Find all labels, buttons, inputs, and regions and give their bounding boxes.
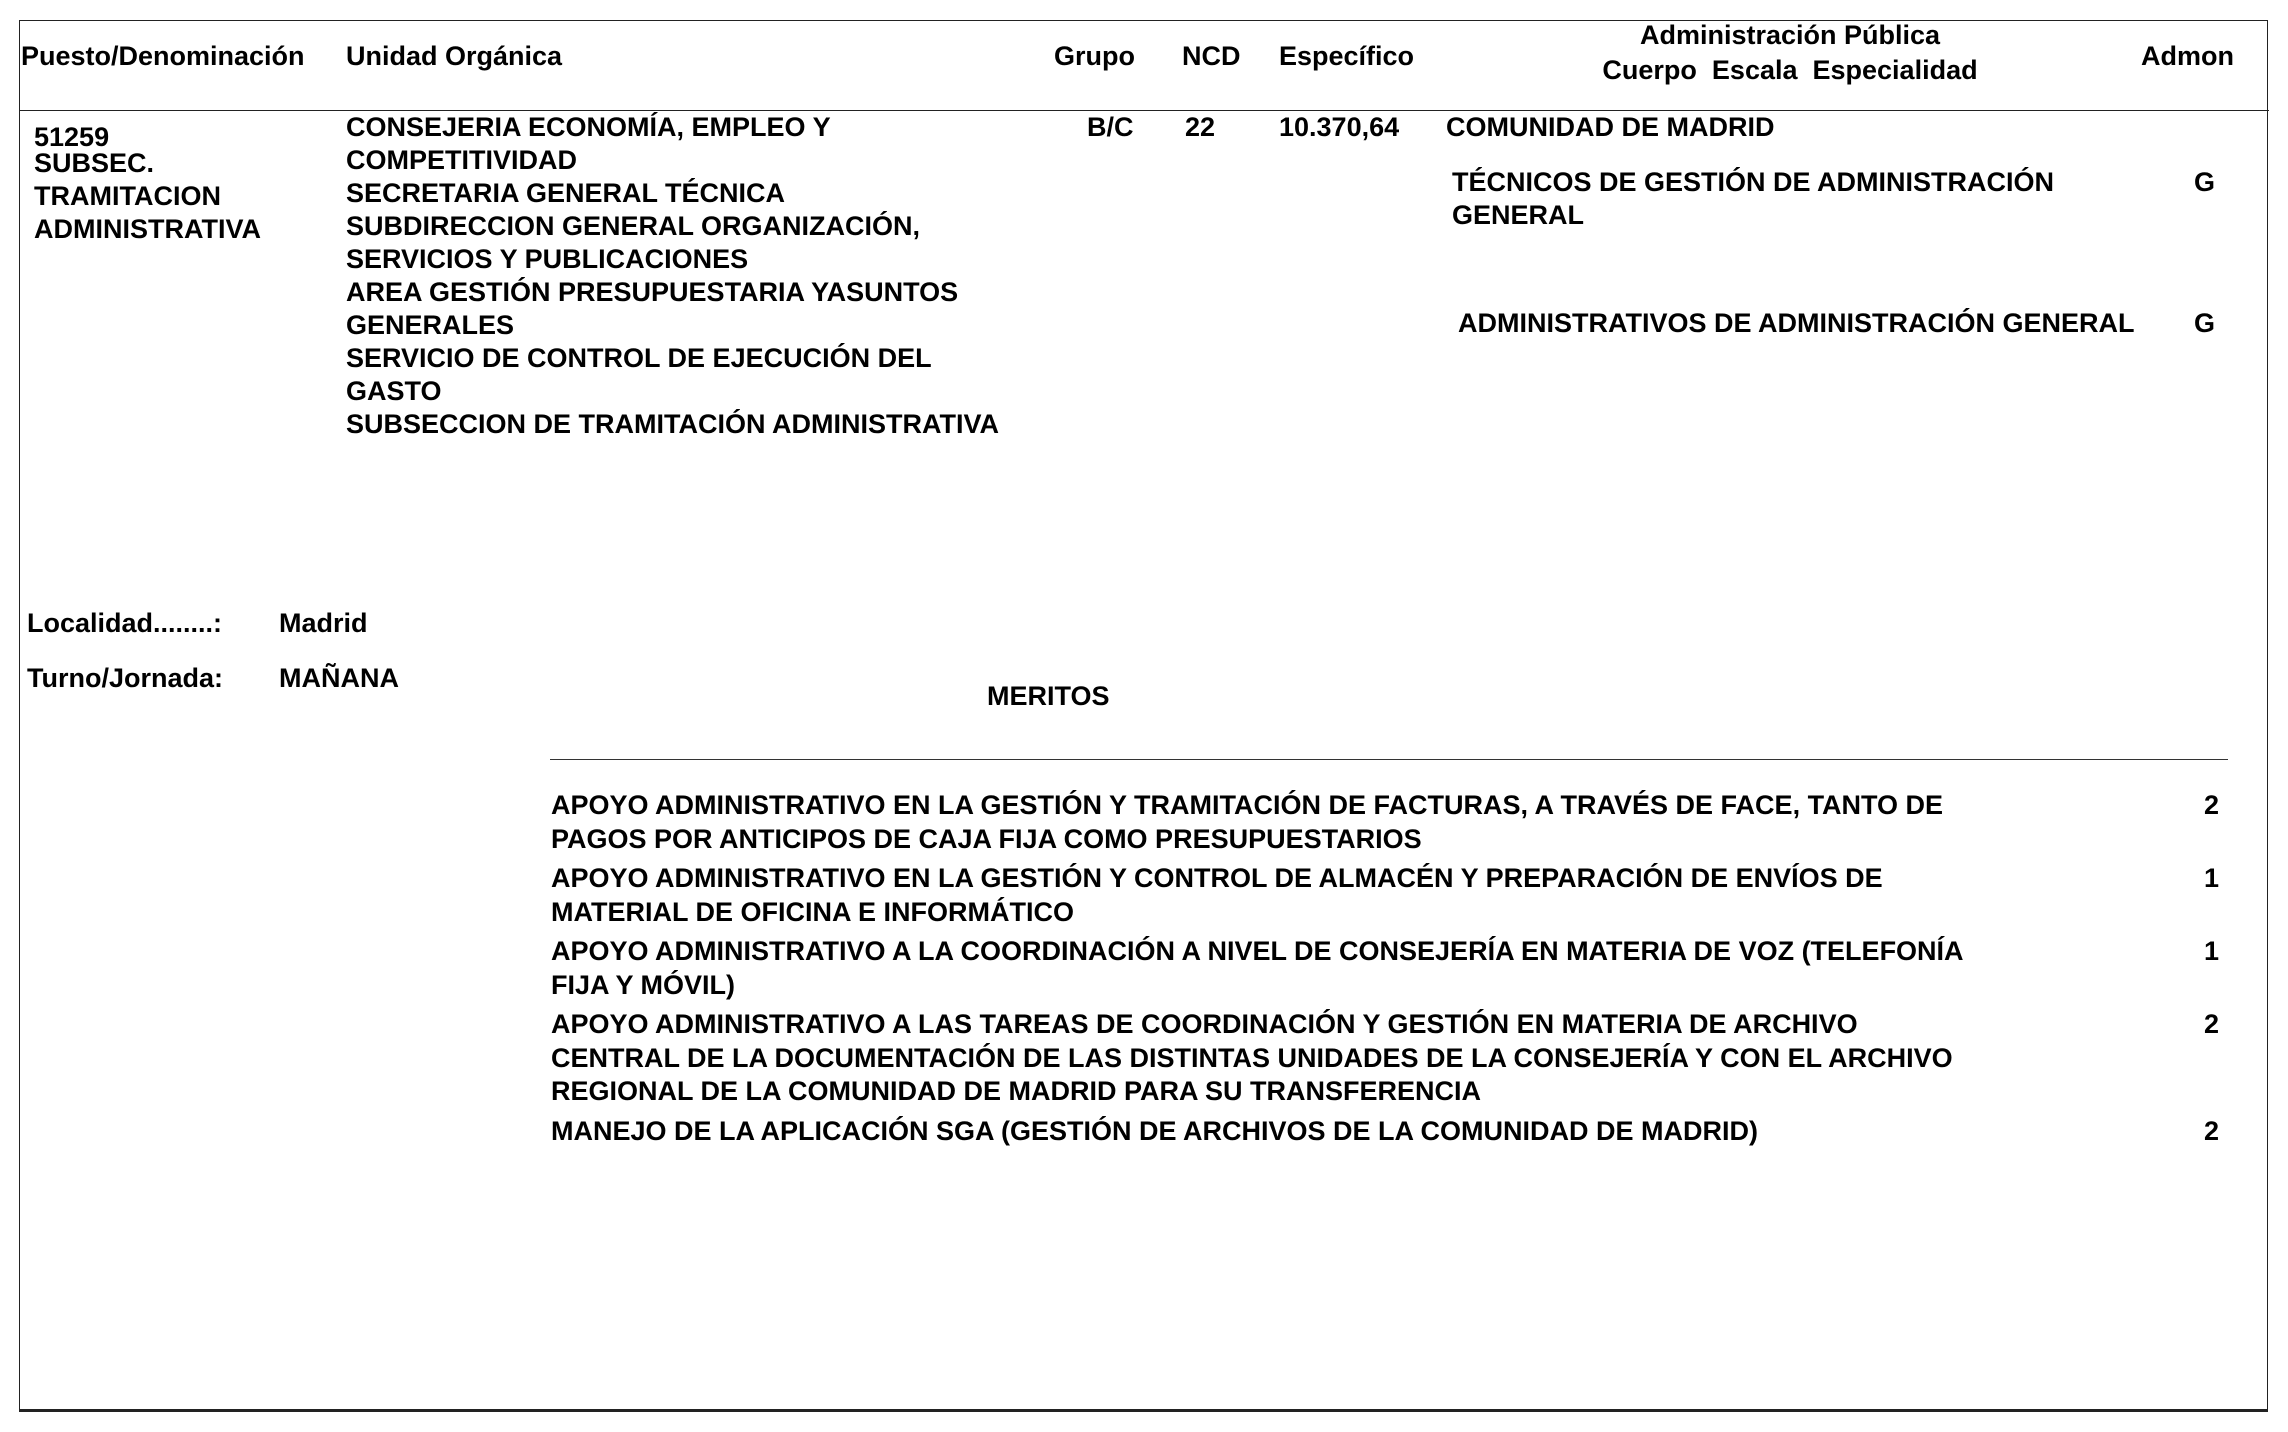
puesto-name: SUBSEC. TRAMITACION ADMINISTRATIVA — [34, 147, 261, 246]
cuerpo-item: TÉCNICOS DE GESTIÓN DE ADMINISTRACIÓN GE… — [1452, 166, 2054, 232]
merito-score: 1 — [2204, 935, 2219, 969]
merito-score: 2 — [2204, 1008, 2219, 1042]
turno-label: Turno/Jornada: — [27, 662, 223, 695]
unidad-line: AREA GESTIÓN PRESUPUESTARIA YASUNTOS — [346, 276, 999, 309]
especifico-value: 10.370,64 — [1279, 111, 1399, 144]
grupo-value: B/C — [1087, 111, 1134, 144]
unidad-line: SECRETARIA GENERAL TÉCNICA — [346, 177, 999, 210]
header-puesto: Puesto/Denominación — [21, 41, 305, 71]
localidad-value: Madrid — [279, 607, 368, 640]
cuerpo-admon: G — [2194, 166, 2215, 199]
header-unidad: Unidad Orgánica — [346, 41, 562, 71]
puesto-name-line: SUBSEC. — [34, 147, 261, 180]
merito-line: MANEJO DE LA APLICACIÓN SGA (GESTIÓN DE … — [551, 1115, 1758, 1149]
puesto-name-line: ADMINISTRATIVA — [34, 213, 261, 246]
merito-line: PAGOS POR ANTICIPOS DE CAJA FIJA COMO PR… — [551, 823, 1943, 857]
localidad-label: Localidad........: — [27, 607, 222, 640]
unidad-line: GASTO — [346, 375, 999, 408]
unidad-line: SERVICIOS Y PUBLICACIONES — [346, 243, 999, 276]
merito-line: REGIONAL DE LA COMUNIDAD DE MADRID PARA … — [551, 1075, 1953, 1109]
header-grupo: Grupo — [1054, 41, 1135, 71]
unidad-line: COMPETITIVIDAD — [346, 144, 999, 177]
header-administracion: Administración Pública — [1490, 20, 2090, 50]
cuerpo-item: ADMINISTRATIVOS DE ADMINISTRACIÓN GENERA… — [1458, 307, 2135, 340]
header-especifico: Específico — [1279, 41, 1414, 71]
merito-score: 2 — [2204, 789, 2219, 823]
merito-line: APOYO ADMINISTRATIVO A LA COORDINACIÓN A… — [551, 935, 1964, 969]
unidad-line: SERVICIO DE CONTROL DE EJECUCIÓN DEL — [346, 342, 999, 375]
cuerpo-line: GENERAL — [1452, 199, 2054, 232]
unidad-organica: CONSEJERIA ECONOMÍA, EMPLEO Y COMPETITIV… — [346, 111, 999, 441]
unidad-line: SUBDIRECCION GENERAL ORGANIZACIÓN, — [346, 210, 999, 243]
meritos-title: MERITOS — [987, 680, 1110, 713]
merito-line: MATERIAL DE OFICINA E INFORMÁTICO — [551, 896, 1883, 930]
meritos-divider — [550, 759, 2228, 760]
unidad-line: CONSEJERIA ECONOMÍA, EMPLEO Y — [346, 111, 999, 144]
header-cuerpo-escala: Cuerpo Escala Especialidad — [1490, 55, 2090, 85]
header-ncd: NCD — [1182, 41, 1241, 71]
merito-line: APOYO ADMINISTRATIVO EN LA GESTIÓN Y TRA… — [551, 789, 1943, 823]
unidad-line: GENERALES — [346, 309, 999, 342]
merito-line: APOYO ADMINISTRATIVO A LAS TAREAS DE COO… — [551, 1008, 1953, 1042]
cuerpo-admon: G — [2194, 307, 2215, 340]
merito-score: 2 — [2204, 1115, 2219, 1149]
merito-score: 1 — [2204, 862, 2219, 896]
puesto-name-line: TRAMITACION — [34, 180, 261, 213]
ncd-value: 22 — [1185, 111, 1215, 144]
turno-value: MAÑANA — [279, 662, 399, 695]
merito-line: FIJA Y MÓVIL) — [551, 969, 1964, 1003]
merito-line: CENTRAL DE LA DOCUMENTACIÓN DE LAS DISTI… — [551, 1042, 1953, 1076]
cuerpo-line: TÉCNICOS DE GESTIÓN DE ADMINISTRACIÓN — [1452, 166, 2054, 199]
merito-line: APOYO ADMINISTRATIVO EN LA GESTIÓN Y CON… — [551, 862, 1883, 896]
administracion-value: COMUNIDAD DE MADRID — [1446, 111, 1774, 144]
cuerpo-line: ADMINISTRATIVOS DE ADMINISTRACIÓN GENERA… — [1458, 307, 2135, 340]
unidad-line: SUBSECCION DE TRAMITACIÓN ADMINISTRATIVA — [346, 408, 999, 441]
header-admon: Admon — [2141, 41, 2234, 71]
